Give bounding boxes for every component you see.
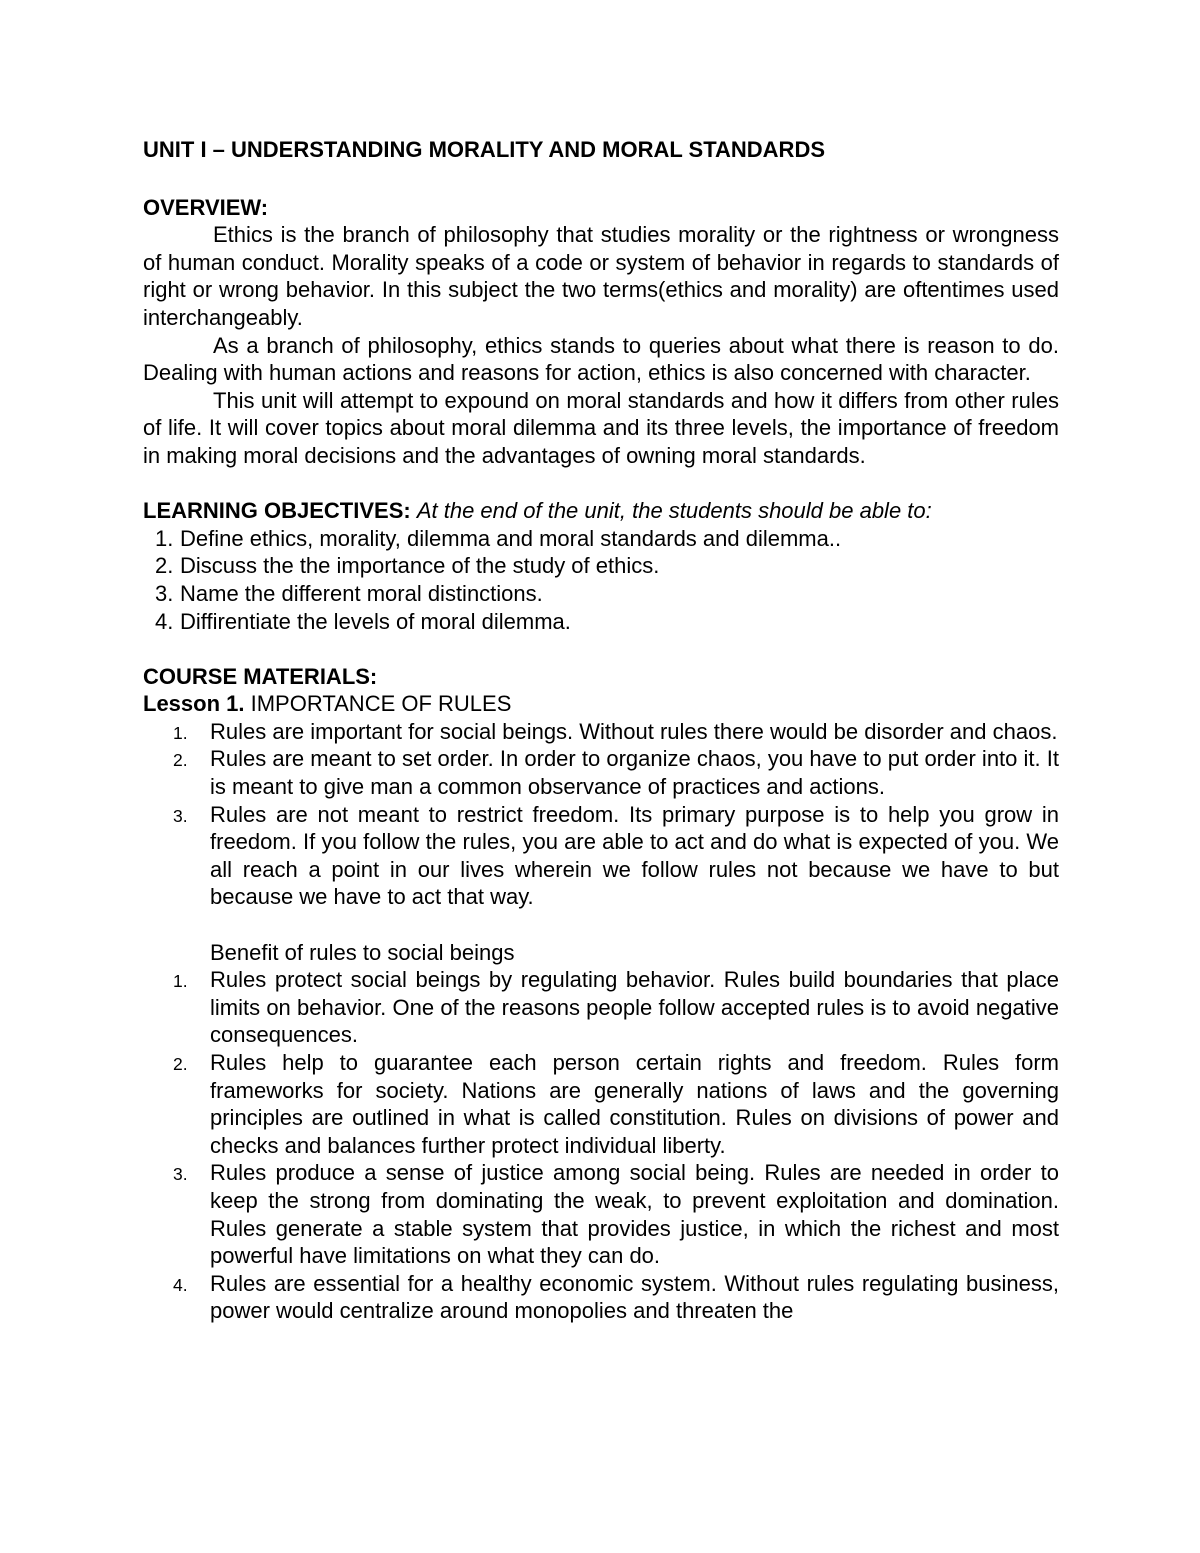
objective-text: Define ethics, morality, dilemma and mor… — [180, 526, 841, 551]
course-materials-section: COURSE MATERIALS: Lesson 1. IMPORTANCE O… — [143, 663, 1059, 1325]
benefit-item: 3. Rules produce a sense of justice amon… — [143, 1159, 1059, 1269]
lesson-heading: Lesson 1. IMPORTANCE OF RULES — [143, 690, 1059, 718]
objective-item: 2. Discuss the the importance of the stu… — [143, 552, 1059, 580]
rule-number: 2. — [173, 747, 188, 775]
objective-number: 3. — [155, 580, 173, 608]
benefit-text: Rules protect social beings by regulatin… — [210, 967, 1059, 1047]
overview-heading: OVERVIEW: — [143, 194, 1059, 222]
lesson-title: IMPORTANCE OF RULES — [251, 691, 512, 716]
benefits-heading: Benefit of rules to social beings — [210, 939, 1059, 967]
rule-number: 3. — [173, 803, 188, 831]
rule-text: Rules are meant to set order. In order t… — [210, 746, 1059, 799]
benefit-item: 1. Rules protect social beings by regula… — [143, 966, 1059, 1049]
rule-number: 1. — [173, 720, 188, 748]
learning-objectives-label: LEARNING OBJECTIVES: — [143, 498, 411, 523]
objective-number: 2. — [155, 552, 173, 580]
learning-objectives-heading: LEARNING OBJECTIVES: At the end of the u… — [143, 497, 1059, 525]
benefit-text: Rules help to guarantee each person cert… — [210, 1050, 1059, 1158]
overview-paragraph-2: As a branch of philosophy, ethics stands… — [143, 332, 1059, 387]
rule-text: Rules are not meant to restrict freedom.… — [210, 802, 1059, 910]
learning-objectives-section: LEARNING OBJECTIVES: At the end of the u… — [143, 497, 1059, 635]
overview-paragraph-3: This unit will attempt to expound on mor… — [143, 387, 1059, 470]
lesson-label: Lesson 1. — [143, 691, 244, 716]
rule-text: Rules are important for social beings. W… — [210, 719, 1057, 744]
benefit-number: 1. — [173, 968, 188, 996]
objective-number: 1. — [155, 525, 173, 553]
benefit-text: Rules are essential for a healthy econom… — [210, 1271, 1059, 1324]
objective-text: Discuss the the importance of the study … — [180, 553, 659, 578]
benefit-number: 2. — [173, 1051, 188, 1079]
objective-text: Diffirentiate the levels of moral dilemm… — [180, 609, 571, 634]
benefit-item: 4. Rules are essential for a healthy eco… — [143, 1270, 1059, 1325]
overview-paragraph-1: Ethics is the branch of philosophy that … — [143, 221, 1059, 331]
rule-item: 2. Rules are meant to set order. In orde… — [143, 745, 1059, 800]
objective-number: 4. — [155, 608, 173, 636]
course-materials-heading: COURSE MATERIALS: — [143, 663, 1059, 691]
benefit-text: Rules produce a sense of justice among s… — [210, 1160, 1059, 1268]
document-title: UNIT I – UNDERSTANDING MORALITY AND MORA… — [143, 136, 1059, 164]
learning-objectives-note: At the end of the unit, the students sho… — [417, 498, 932, 523]
objective-item: 3. Name the different moral distinctions… — [143, 580, 1059, 608]
objective-item: 1. Define ethics, morality, dilemma and … — [143, 525, 1059, 553]
objective-item: 4. Diffirentiate the levels of moral dil… — [143, 608, 1059, 636]
benefit-item: 2. Rules help to guarantee each person c… — [143, 1049, 1059, 1159]
document-page: UNIT I – UNDERSTANDING MORALITY AND MORA… — [0, 0, 1200, 1553]
rule-item: 1. Rules are important for social beings… — [143, 718, 1059, 746]
benefit-number: 4. — [173, 1272, 188, 1300]
benefit-number: 3. — [173, 1161, 188, 1189]
rule-item: 3. Rules are not meant to restrict freed… — [143, 801, 1059, 911]
objective-text: Name the different moral distinctions. — [180, 581, 543, 606]
